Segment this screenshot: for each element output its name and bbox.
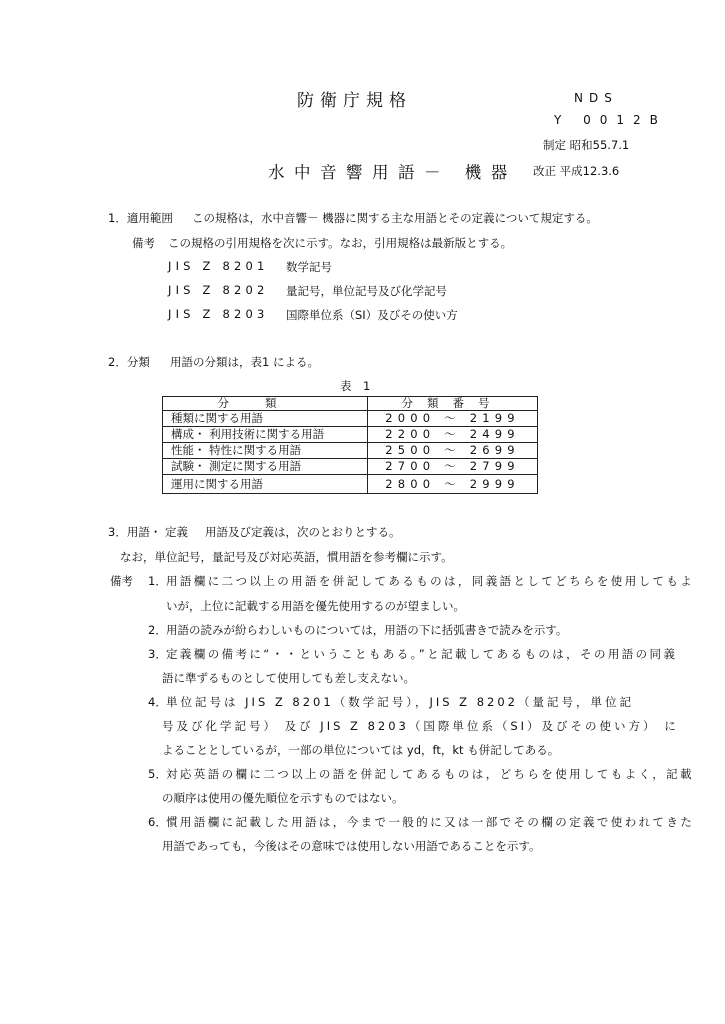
- table-header-number: 分類番号: [368, 397, 538, 411]
- table-row: 運用に関する用語 2800 ～ 2999: [163, 475, 538, 494]
- table-cell-category: 運用に関する用語: [163, 475, 368, 494]
- reference-code: JIS Z 8202: [168, 283, 269, 297]
- note-line: 定義欄の備考に“・・ということもある。”と記載してあるものは，その用語の同義: [166, 646, 677, 662]
- section1-text: この規格は，水中音響－ 機器に関する主な用語とその定義について規定する。: [192, 210, 598, 226]
- note-line: 号及び化学記号） 及び JIS Z 8203（国際単位系（SI）及びその使い方）…: [162, 718, 679, 734]
- table-cell-category: 試験・ 測定に関する用語: [163, 459, 368, 475]
- table-caption: 表 1: [340, 378, 370, 394]
- section2-text: 用語の分類は，表1 による。: [170, 354, 319, 370]
- section1-heading: 1．適用範囲: [108, 210, 173, 226]
- note-line: いが，上位に記載する用語を優先使用するのが望ましい。: [166, 598, 465, 614]
- note-line: 用語欄に二つ以上の用語を併記してあるものは，同義語としてどちらを使用してもよ: [166, 573, 694, 589]
- section3-text: 用語及び定義は，次のとおりとする。: [205, 524, 401, 540]
- table-row: 性能・ 特性に関する用語 2500 ～ 2699: [163, 443, 538, 459]
- section3-note-label: 備考: [110, 573, 133, 589]
- table-cell-range: 2200 ～ 2499: [368, 427, 538, 443]
- table-cell-category: 構成・ 利用技術に関する用語: [163, 427, 368, 443]
- section3-heading: 3．用語・ 定義: [108, 524, 188, 540]
- table-row: 試験・ 測定に関する用語 2700 ～ 2799: [163, 459, 538, 475]
- reference-title: 数学記号: [286, 259, 332, 275]
- organization-title: 防衛庁規格: [297, 86, 412, 111]
- section2-heading: 2．分類: [108, 354, 150, 370]
- reference-code: JIS Z 8201: [168, 259, 269, 273]
- note-line: の順序は使用の優先順位を示すものではない。: [162, 790, 404, 806]
- classification-table: 分類 分類番号 種類に関する用語 2000 ～ 2199 構成・ 利用技術に関す…: [162, 396, 538, 494]
- note-number: 3．: [148, 646, 167, 662]
- note-line: 用語であっても，今後はその意味では使用しない用語であることを示す。: [162, 838, 540, 854]
- table-cell-range: 2700 ～ 2799: [368, 459, 538, 475]
- reference-title: 量記号，単位記号及び化学記号: [286, 283, 447, 299]
- table-cell-range: 2800 ～ 2999: [368, 475, 538, 494]
- table-row: 構成・ 利用技術に関する用語 2200 ～ 2499: [163, 427, 538, 443]
- table-cell-category: 性能・ 特性に関する用語: [163, 443, 368, 459]
- table-header-row: 分類 分類番号: [163, 397, 538, 411]
- note-number: 1．: [148, 573, 167, 589]
- note-number: 6．: [148, 814, 167, 830]
- established-date: 制定 昭和55.7.1: [543, 137, 629, 153]
- note-line: 用語の読みが紛らわしいものについては，用語の下に括弧書きで読みを示す。: [166, 622, 567, 638]
- section3-text2: なお，単位記号，量記号及び対応英語，慣用語を参考欄に示す。: [120, 549, 453, 565]
- section1-note-label: 備考: [132, 235, 155, 251]
- note-number: 2．: [148, 622, 167, 638]
- document-title: 水中音響用語－ 機器: [268, 159, 517, 183]
- table-row: 種類に関する用語 2000 ～ 2199: [163, 411, 538, 427]
- table-header-category: 分類: [163, 397, 368, 411]
- note-line: よることとしているが，一部の単位については yd，ft，kt も併記してある。: [162, 742, 559, 758]
- note-line: 単位記号は JIS Z 8201（数学記号），JIS Z 8202（量記号，単位…: [166, 694, 634, 710]
- section1-note-text: この規格の引用規格を次に示す。なお，引用規格は最新版とする。: [168, 235, 512, 251]
- reference-code: JIS Z 8203: [168, 307, 269, 321]
- standard-prefix: NDS: [574, 91, 618, 105]
- table-cell-category: 種類に関する用語: [163, 411, 368, 427]
- note-line: 語に準ずるものとして使用しても差し支えない。: [162, 670, 415, 686]
- reference-title: 国際単位系（SI）及びその使い方: [286, 307, 458, 323]
- table-cell-range: 2000 ～ 2199: [368, 411, 538, 427]
- table-cell-range: 2500 ～ 2699: [368, 443, 538, 459]
- note-line: 対応英語の欄に二つ以上の語を併記してあるものは，どちらを使用してもよく，記載: [166, 766, 694, 782]
- note-number: 5．: [148, 766, 167, 782]
- note-number: 4．: [148, 694, 167, 710]
- note-line: 慣用語欄に記載した用語は，今まで一般的に又は一部でその欄の定義で使われてきた: [166, 814, 694, 830]
- revised-date: 改正 平成12.3.6: [533, 163, 619, 179]
- standard-code: Y 0012B: [554, 113, 667, 127]
